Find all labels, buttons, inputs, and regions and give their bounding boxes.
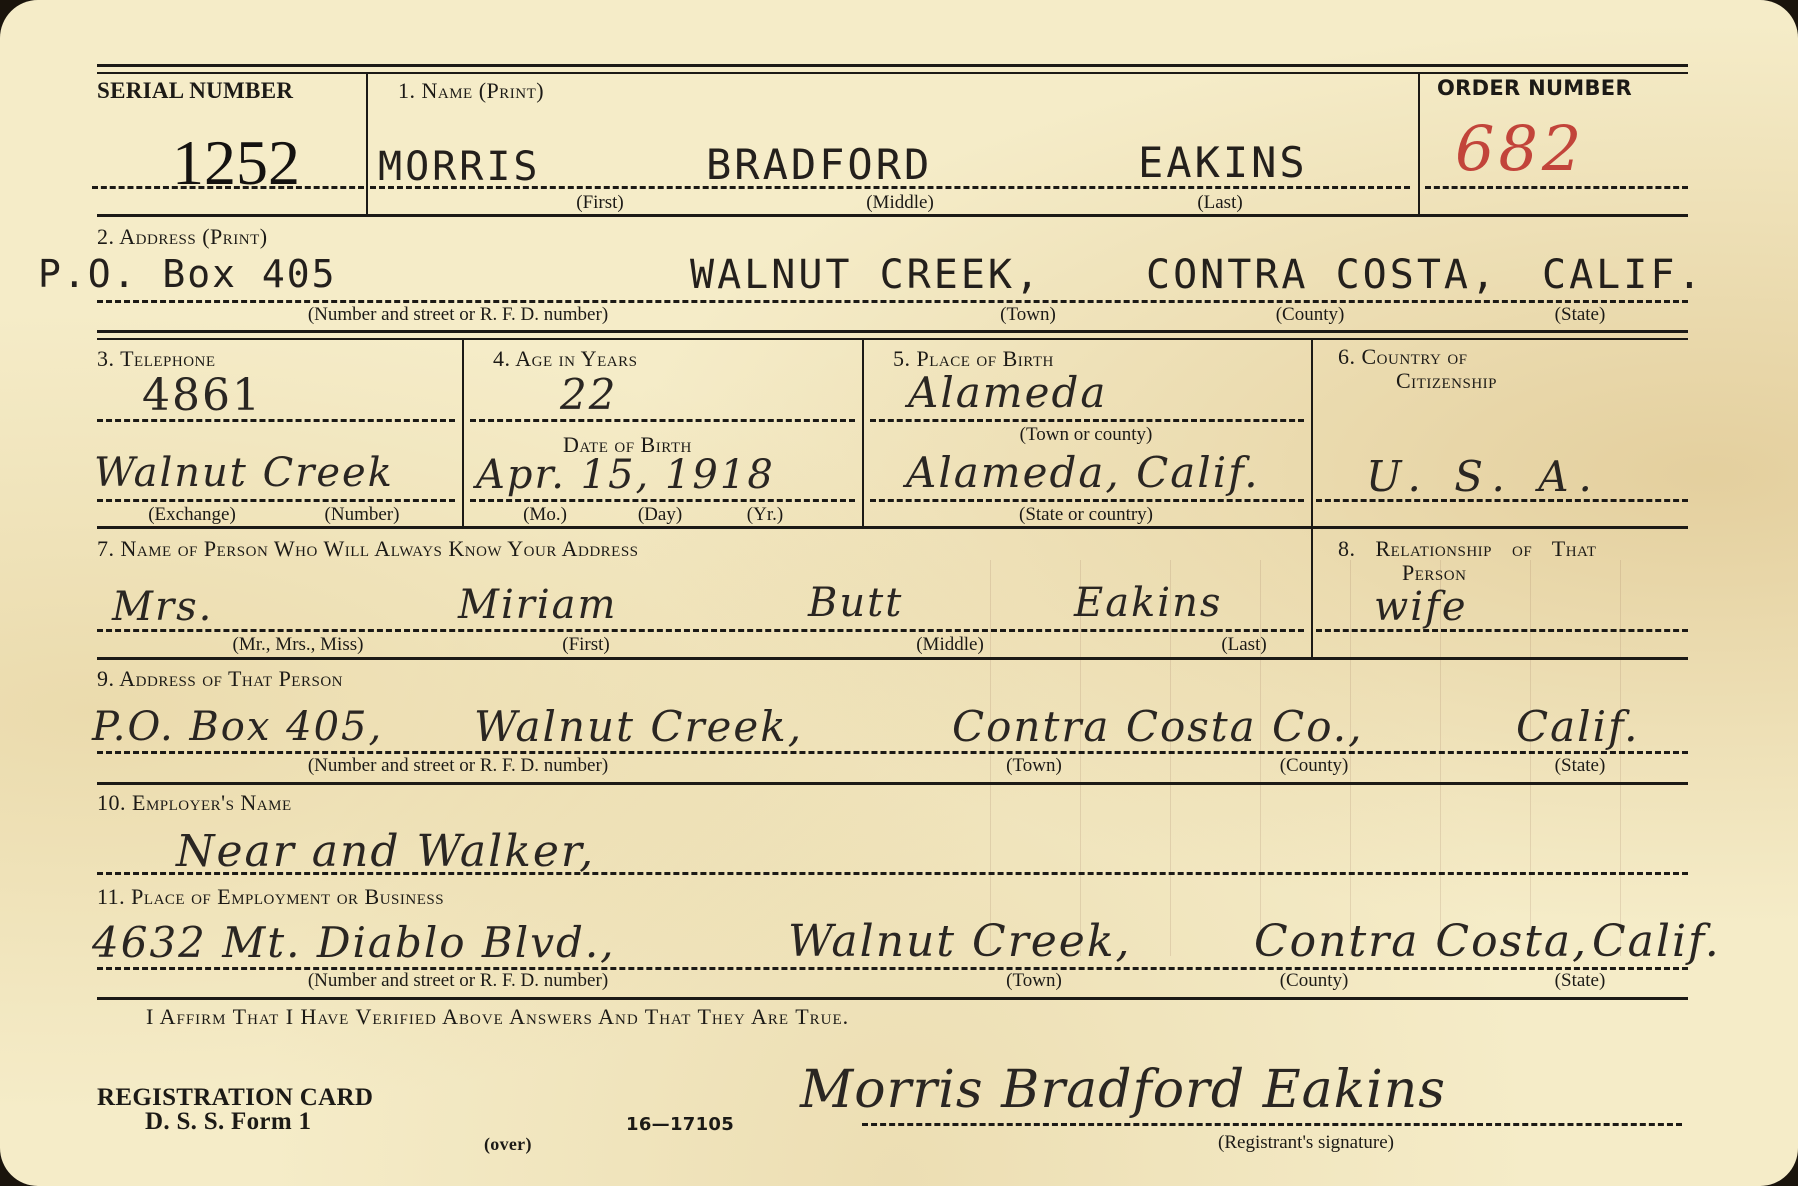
signature-dash-line <box>862 1123 1682 1126</box>
contact-middle-sublabel: (Middle) <box>916 634 984 656</box>
row3-bottom-rule <box>97 526 1688 529</box>
birthplace-divider <box>1311 340 1313 526</box>
top-rule <box>97 64 1688 67</box>
contact-address-state-sublabel: (State) <box>1555 755 1606 777</box>
row11-bottom-rule <box>97 997 1688 1000</box>
contact-address-town-value: Walnut Creek, <box>474 702 803 751</box>
age-dash-line <box>470 419 855 422</box>
birthplace-town-value: Alameda <box>908 368 1107 417</box>
order-number-value: 682 <box>1455 112 1585 185</box>
contact-person-label: 7. Name of Person Who Will Always Know Y… <box>97 536 639 562</box>
registrant-signature: Morris Bradford Eakins <box>800 1060 1446 1120</box>
employment-street-sublabel: (Number and street or R. F. D. number) <box>308 970 608 992</box>
print-code: 16—17105 <box>626 1114 734 1135</box>
employment-county-value: Contra Costa, <box>1254 916 1588 967</box>
citizenship-value: U. S. A. <box>1366 452 1602 501</box>
employer-dash-line <box>97 872 1688 875</box>
citizenship-label-line2: Citizenship <box>1396 368 1497 394</box>
employment-town-sublabel: (Town) <box>1006 970 1062 992</box>
serial-divider <box>366 74 368 214</box>
top-rule-inner <box>97 72 1688 74</box>
telephone-exchange-sublabel: (Exchange) <box>148 504 236 526</box>
telephone-number-sublabel: (Number) <box>325 504 400 526</box>
birthplace-town-dash-line <box>870 419 1304 422</box>
show-through-line <box>990 560 991 956</box>
citizenship-label-line1: 6. Country of <box>1338 344 1468 370</box>
relationship-dash-line <box>1316 629 1688 632</box>
relationship-label-line1: 8. Relationship of That <box>1338 536 1596 562</box>
birthplace-town-sublabel: (Town or county) <box>1020 424 1153 446</box>
dob-month-sublabel: (Mo.) <box>523 504 567 526</box>
name-first-value: MORRIS <box>378 144 541 190</box>
serial-dash-line <box>92 186 364 189</box>
employment-state-sublabel: (State) <box>1555 970 1606 992</box>
address-state-sublabel: (State) <box>1555 304 1606 326</box>
dob-year-sublabel: (Yr.) <box>747 504 783 526</box>
name-middle-value: BRADFORD <box>706 140 932 189</box>
order-dash-line <box>1425 186 1688 189</box>
contact-middle-value: Butt <box>808 580 903 626</box>
birthplace-state-value: Alameda, Calif. <box>906 448 1260 497</box>
dob-day-sublabel: (Day) <box>638 504 682 526</box>
row1-bottom-rule <box>97 214 1688 217</box>
contact-address-street-value: P.O. Box 405, <box>92 704 383 750</box>
employment-place-label: 11. Place of Employment or Business <box>97 884 444 910</box>
name-label: 1. Name (Print) <box>398 78 544 104</box>
employment-town-value: Walnut Creek, <box>788 916 1131 967</box>
address-dash-line <box>97 300 1688 303</box>
affirmation-text: I Affirm That I Have Verified Above Answ… <box>146 1004 849 1030</box>
age-value: 22 <box>560 370 617 419</box>
row2-rule-inner <box>97 338 1688 340</box>
contact-address-state-value: Calif. <box>1516 702 1639 751</box>
contact-address-street-sublabel: (Number and street or R. F. D. number) <box>308 755 608 777</box>
telephone-exchange-dash-line <box>97 499 455 502</box>
row2-rule <box>97 330 1688 333</box>
employer-label: 10. Employer's Name <box>97 790 292 816</box>
telephone-dash-line <box>97 419 455 422</box>
employment-street-value: 4632 Mt. Diablo Blvd., <box>92 918 616 967</box>
telephone-label: 3. Telephone <box>97 346 216 372</box>
contact-first-value: Miriam <box>458 582 617 628</box>
age-divider <box>862 340 864 526</box>
contact-address-dash-line <box>97 751 1688 754</box>
dob-dash-line <box>470 499 855 502</box>
contact-dash-line <box>97 629 1304 632</box>
employer-value: Near and Walker, <box>176 826 595 877</box>
name-first-sublabel: (First) <box>576 192 624 214</box>
birthplace-state-dash-line <box>870 499 1304 502</box>
registration-card: SERIAL NUMBER 1252 1. Name (Print) MORRI… <box>0 0 1798 1186</box>
telephone-number-value: 4861 <box>142 370 262 421</box>
address-county-sublabel: (County) <box>1276 304 1345 326</box>
show-through-line <box>1350 560 1351 956</box>
address-state-value: CALIF. <box>1542 252 1705 298</box>
address-label: 2. Address (Print) <box>97 224 268 250</box>
citizenship-dash-line <box>1316 499 1688 502</box>
name-middle-sublabel: (Middle) <box>866 192 934 214</box>
address-street-sublabel: (Number and street or R. F. D. number) <box>308 304 608 326</box>
address-street-value: P.O. Box 405 <box>38 252 337 296</box>
row9-bottom-rule <box>97 782 1688 785</box>
show-through-line <box>1530 560 1531 956</box>
order-number-label: ORDER NUMBER <box>1437 76 1632 100</box>
serial-number-label: SERIAL NUMBER <box>97 78 293 104</box>
contact-first-sublabel: (First) <box>562 634 610 656</box>
contact-title-sublabel: (Mr., Mrs., Miss) <box>233 634 364 656</box>
employment-state-value: Calif. <box>1592 916 1721 967</box>
address-town-sublabel: (Town) <box>1000 304 1056 326</box>
relationship-divider <box>1311 528 1313 658</box>
show-through-line <box>1620 560 1621 956</box>
contact-last-value: Eakins <box>1074 580 1222 626</box>
relationship-value: wife <box>1374 584 1468 630</box>
form-id: D. S. S. Form 1 <box>145 1108 311 1136</box>
show-through-line <box>1260 560 1261 956</box>
over-label: (over) <box>484 1134 532 1155</box>
birthplace-state-sublabel: (State or country) <box>1019 504 1153 526</box>
address-county-value: CONTRA COSTA, <box>1146 252 1498 298</box>
telephone-exchange-value: Walnut Creek <box>94 450 394 496</box>
address-town-value: WALNUT CREEK, <box>690 252 1042 298</box>
row7-bottom-rule <box>97 657 1688 660</box>
name-last-sublabel: (Last) <box>1197 192 1242 214</box>
contact-last-sublabel: (Last) <box>1221 634 1266 656</box>
contact-address-label: 9. Address of That Person <box>97 666 343 692</box>
name-last-value: EAKINS <box>1138 138 1308 187</box>
order-divider <box>1418 74 1420 214</box>
contact-address-county-value: Contra Costa Co., <box>952 702 1363 751</box>
signature-sublabel: (Registrant's signature) <box>1218 1132 1394 1154</box>
name-dash-line <box>370 186 1410 189</box>
contact-title-value: Mrs. <box>112 584 213 630</box>
age-label: 4. Age in Years <box>493 346 637 372</box>
dob-value: Apr. 15, 1918 <box>476 452 775 498</box>
telephone-divider <box>462 340 464 526</box>
contact-address-county-sublabel: (County) <box>1280 755 1349 777</box>
employment-county-sublabel: (County) <box>1280 970 1349 992</box>
contact-address-town-sublabel: (Town) <box>1006 755 1062 777</box>
relationship-label-line2: Person <box>1402 560 1466 586</box>
